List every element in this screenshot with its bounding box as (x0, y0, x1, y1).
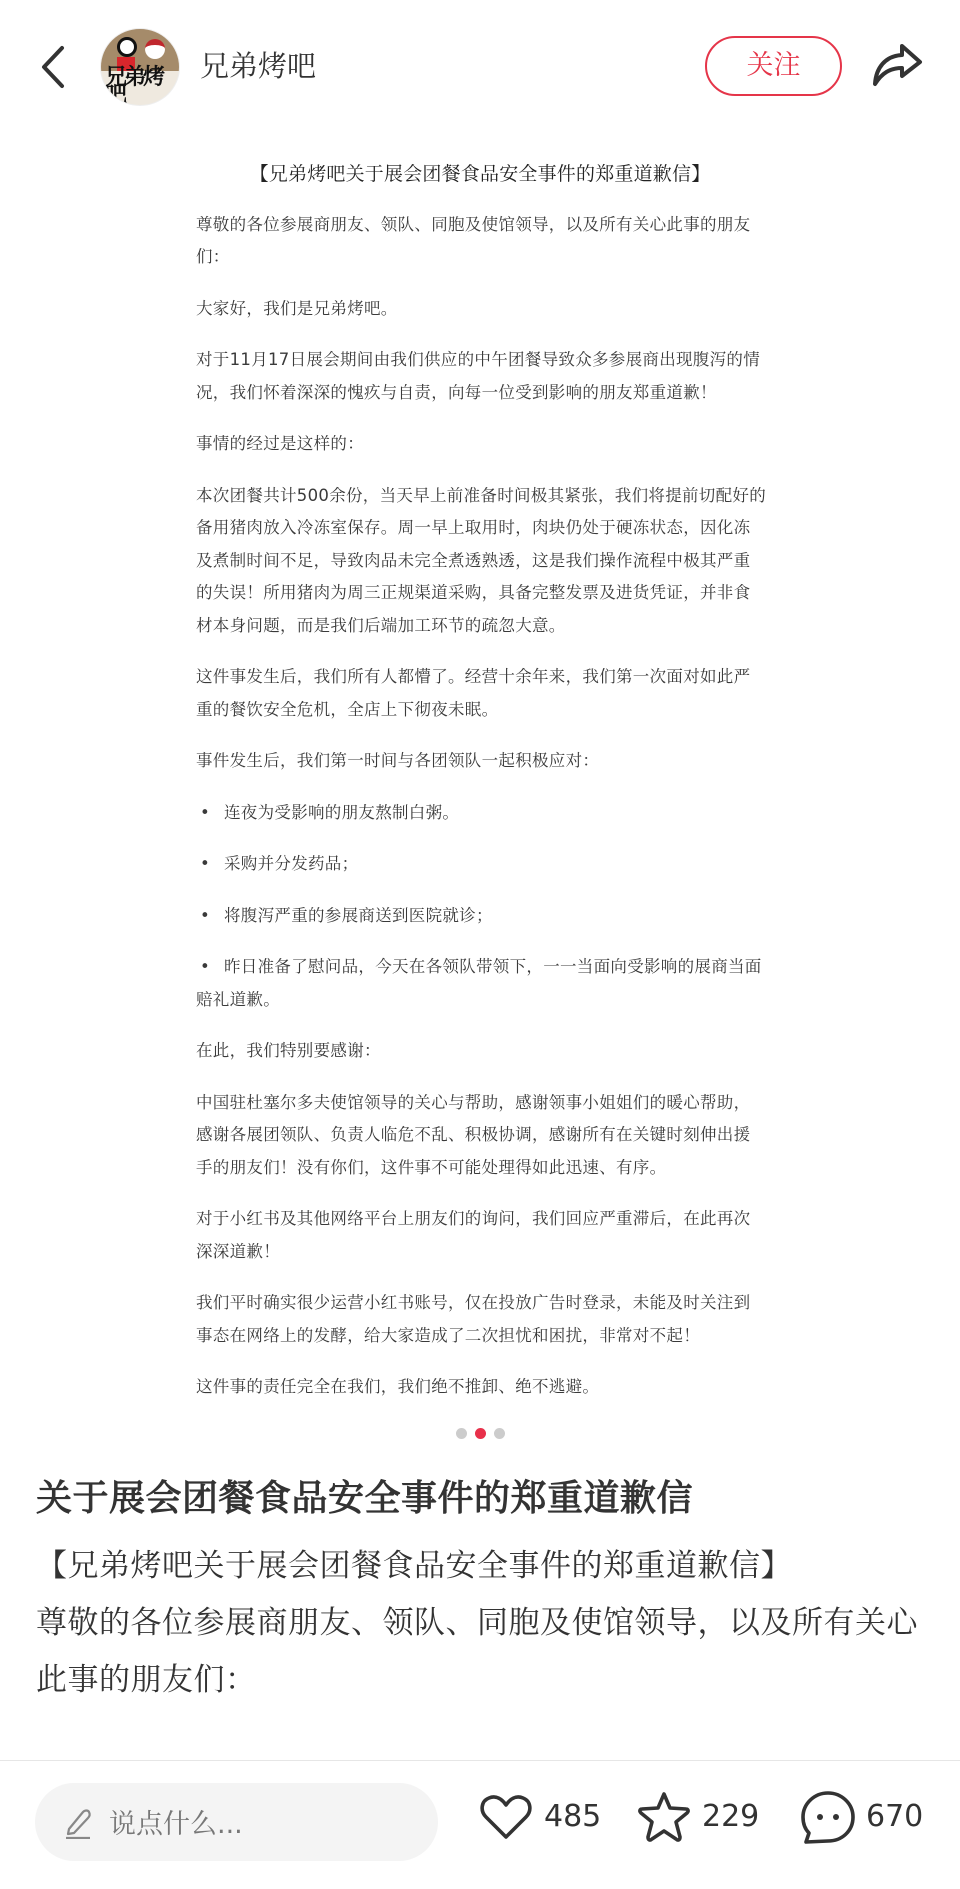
comment-input[interactable]: 说点什么... (35, 1783, 438, 1861)
letter-paragraph: 对于小红书及其他网络平台上朋友们的询问，我们回应严重滞后，在此再次深深道歉！ (196, 1203, 766, 1268)
letter-paragraph: 大家好，我们是兄弟烤吧。 (196, 293, 766, 326)
avatar-cartoon-face (117, 37, 137, 57)
bullet-marker: • (196, 797, 224, 830)
letter-paragraph: 对于11月17日展会期间由我们供应的中午团餐导致众多参展商出现腹泻的情况，我们怀… (196, 344, 766, 409)
letter-paragraph: 事件发生后，我们第一时间与各团领队一起积极应对： (196, 745, 766, 778)
like-button[interactable]: 485 (478, 1789, 608, 1849)
collect-button[interactable]: 229 (636, 1789, 766, 1849)
post-body-line: 【兄弟烤吧关于展会团餐食品安全事件的郑重道歉信】 (36, 1538, 926, 1595)
carousel-pagination (0, 1428, 960, 1442)
chevron-left-icon (36, 42, 72, 92)
letter-paragraph: 在此，我们特别要感谢： (196, 1035, 766, 1068)
pencil-icon (63, 1805, 93, 1839)
heart-icon (478, 1789, 534, 1845)
comment-placeholder: 说点什么... (109, 1802, 243, 1841)
back-button[interactable] (36, 42, 72, 92)
header: 兄弟烤吧 兄弟烤吧 关注 (0, 0, 960, 130)
letter-bullet-item: •将腹泻严重的参展商送到医院就诊； (196, 900, 766, 933)
bullet-text: 昨日准备了慰问品，今天在各领队带领下，一一当面向受影响的展商当面赔礼道歉。 (196, 957, 762, 1009)
bullet-text: 采购并分发药品； (224, 854, 358, 873)
post-image-carousel[interactable]: 【兄弟烤吧关于展会团餐食品安全事件的郑重道歉信】 尊敬的各位参展商朋友、领队、同… (0, 130, 960, 1452)
letter-paragraph: 这件事的责任完全在我们，我们绝不推卸、绝不逃避。 (196, 1371, 766, 1404)
bullet-marker: • (196, 848, 224, 881)
bullet-marker: • (196, 951, 224, 984)
share-button[interactable] (868, 40, 926, 92)
letter-paragraph: 本次团餐共计500余份，当天早上前准备时间极其紧张，我们将提前切配好的备用猪肉放… (196, 480, 766, 643)
letter-bullet-item: •昨日准备了慰问品，今天在各领队带领下，一一当面向受影响的展商当面赔礼道歉。 (196, 951, 766, 1016)
letter-paragraph: 事情的经过是这样的： (196, 428, 766, 461)
author-name[interactable]: 兄弟烤吧 (200, 44, 316, 85)
comment-count: 670 (866, 1799, 923, 1834)
pagination-dot-3[interactable] (494, 1428, 505, 1439)
like-count: 485 (544, 1799, 601, 1834)
bullet-text: 将腹泻严重的参展商送到医院就诊； (224, 906, 493, 925)
post-body: 【兄弟烤吧关于展会团餐食品安全事件的郑重道歉信】 尊敬的各位参展商朋友、领队、同… (36, 1538, 926, 1709)
letter-paragraph: 尊敬的各位参展商朋友、领队、同胞及使馆领导，以及所有关心此事的朋友们： (196, 209, 766, 274)
collect-count: 229 (702, 1799, 759, 1834)
letter-bullet-item: •连夜为受影响的朋友熬制白粥。 (196, 797, 766, 830)
pagination-dot-1[interactable] (456, 1428, 467, 1439)
bullet-text: 连夜为受影响的朋友熬制白粥。 (224, 803, 459, 822)
avatar-logo-text: 兄弟烤吧 (105, 69, 179, 105)
star-icon (636, 1789, 692, 1845)
letter-bullet-item: •采购并分发药品； (196, 848, 766, 881)
comment-button[interactable]: 670 (798, 1789, 928, 1849)
follow-button[interactable]: 关注 (705, 36, 842, 96)
letter-title: 【兄弟烤吧关于展会团餐食品安全事件的郑重道歉信】 (194, 158, 766, 191)
share-arrow-icon (868, 40, 926, 92)
letter-paragraph: 我们平时确实很少运营小红书账号，仅在投放广告时登录，未能及时关注到事态在网络上的… (196, 1287, 766, 1352)
pagination-dot-2-active[interactable] (475, 1428, 486, 1439)
avatar[interactable]: 兄弟烤吧 (100, 28, 180, 106)
letter-paragraph: 这件事发生后，我们所有人都懵了。经营十余年来，我们第一次面对如此严重的餐饮安全危… (196, 661, 766, 726)
letter-paragraph: 中国驻杜塞尔多夫使馆领导的关心与帮助，感谢领事小姐姐们的暖心帮助，感谢各展团领队… (196, 1087, 766, 1185)
bullet-marker: • (196, 900, 224, 933)
bottom-action-bar: 说点什么... 485 229 670 (0, 1760, 960, 1889)
post-title: 关于展会团餐食品安全事件的郑重道歉信 (36, 1470, 693, 1521)
chat-bubble-icon (798, 1789, 856, 1847)
apology-letter-image: 【兄弟烤吧关于展会团餐食品安全事件的郑重道歉信】 尊敬的各位参展商朋友、领队、同… (196, 158, 766, 1423)
avatar-cartoon-face-2 (145, 39, 165, 59)
post-body-line: 尊敬的各位参展商朋友、领队、同胞及使馆领导，以及所有关心此事的朋友们： (36, 1595, 926, 1709)
